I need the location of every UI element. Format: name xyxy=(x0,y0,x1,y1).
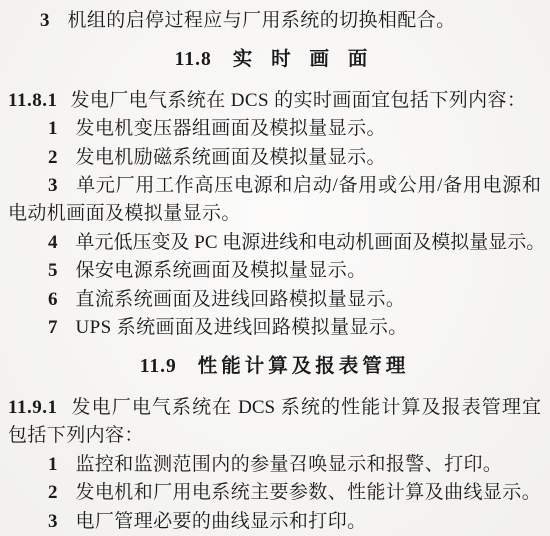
realtime-item-7: 7UPS 系统画面及进线回路模拟量显示。 xyxy=(8,314,541,342)
item-text: 直流系统画面及进线回路模拟量显示。 xyxy=(76,289,406,310)
item-text: 单元低压变及 PC 电源进线和电动机画面及模拟量显示。 xyxy=(76,232,542,253)
item-number: 3 xyxy=(48,511,58,532)
realtime-item-3: 3单元厂用工作高压电源和启动/备用或公用/备用电源和 电动机画面及模拟量显示。 xyxy=(8,172,541,229)
item-number: 4 xyxy=(48,232,58,253)
section-number: 11.8 xyxy=(175,49,212,70)
clause-line-2: 包括下列内容： xyxy=(8,422,541,450)
section-number: 11.9 xyxy=(140,356,177,377)
section-title: 实 时 画 面 xyxy=(233,49,375,70)
realtime-item-6: 6直流系统画面及进线回路模拟量显示。 xyxy=(8,286,541,314)
item-line-1: 3单元厂用工作高压电源和启动/备用或公用/备用电源和 xyxy=(8,172,541,200)
realtime-item-4: 4单元低压变及 PC 电源进线和电动机画面及模拟量显示。 xyxy=(8,229,541,257)
clause-11-8-1: 11.8.1发电厂电气系统在 DCS 的实时画面宜包括下列内容： xyxy=(8,87,541,115)
section-heading-11-9: 11.9性能计算及报表管理 xyxy=(8,353,541,381)
item-number: 1 xyxy=(48,454,58,475)
item-text: 机组的启停过程应与厂用系统的切换相配合。 xyxy=(68,10,456,31)
item-number: 1 xyxy=(48,118,58,139)
report-item-2: 2发电机和厂用电系统主要参数、性能计算及曲线显示。 xyxy=(8,479,541,507)
section-heading-11-8: 11.8实 时 画 面 xyxy=(8,46,541,74)
report-item-3: 3电厂管理必要的曲线显示和打印。 xyxy=(8,508,541,536)
realtime-item-2: 2发电机励磁系统画面及模拟量显示。 xyxy=(8,144,541,172)
item-text: 保安电源系统画面及模拟量显示。 xyxy=(76,260,367,281)
item-text: 单元厂用工作高压电源和启动/备用或公用/备用电源和 xyxy=(76,175,542,196)
list-item-prev-3: 3机组的启停过程应与厂用系统的切换相配合。 xyxy=(8,7,541,35)
item-text: 发电机变压器组画面及模拟量显示。 xyxy=(76,118,386,139)
realtime-item-1: 1发电机变压器组画面及模拟量显示。 xyxy=(8,115,541,143)
clause-number: 11.9.1 xyxy=(8,397,57,418)
document-page: 3机组的启停过程应与厂用系统的切换相配合。 11.8实 时 画 面 11.8.1… xyxy=(0,0,550,536)
clause-text: 发电厂电气系统在 DCS 的实时画面宜包括下列内容： xyxy=(70,90,526,111)
item-text: 发电机和厂用电系统主要参数、性能计算及曲线显示。 xyxy=(76,482,542,503)
item-number: 6 xyxy=(48,289,58,310)
item-number: 7 xyxy=(48,317,58,338)
item-text: 电厂管理必要的曲线显示和打印。 xyxy=(76,511,367,532)
item-number: 2 xyxy=(48,147,58,168)
item-number: 2 xyxy=(48,482,58,503)
item-line-2: 电动机画面及模拟量显示。 xyxy=(8,200,541,228)
report-item-1: 1监控和监测范围内的参量召唤显示和报警、打印。 xyxy=(8,451,541,479)
item-number: 3 xyxy=(48,175,58,196)
clause-number: 11.8.1 xyxy=(8,90,57,111)
item-text: 发电机励磁系统画面及模拟量显示。 xyxy=(76,147,386,168)
clause-11-9-1: 11.9.1发电厂电气系统在 DCS 系统的性能计算及报表管理宜 包括下列内容： xyxy=(8,394,541,451)
clause-text: 发电厂电气系统在 DCS 系统的性能计算及报表管理宜 xyxy=(70,397,541,418)
item-number: 3 xyxy=(40,10,50,31)
section-title: 性能计算及报表管理 xyxy=(198,356,410,377)
item-text: 监控和监测范围内的参量召唤显示和报警、打印。 xyxy=(76,454,503,475)
realtime-item-5: 5保安电源系统画面及模拟量显示。 xyxy=(8,257,541,285)
item-text: UPS 系统画面及进线回路模拟量显示。 xyxy=(76,317,408,338)
clause-line-1: 11.9.1发电厂电气系统在 DCS 系统的性能计算及报表管理宜 xyxy=(8,394,541,422)
item-number: 5 xyxy=(48,260,58,281)
